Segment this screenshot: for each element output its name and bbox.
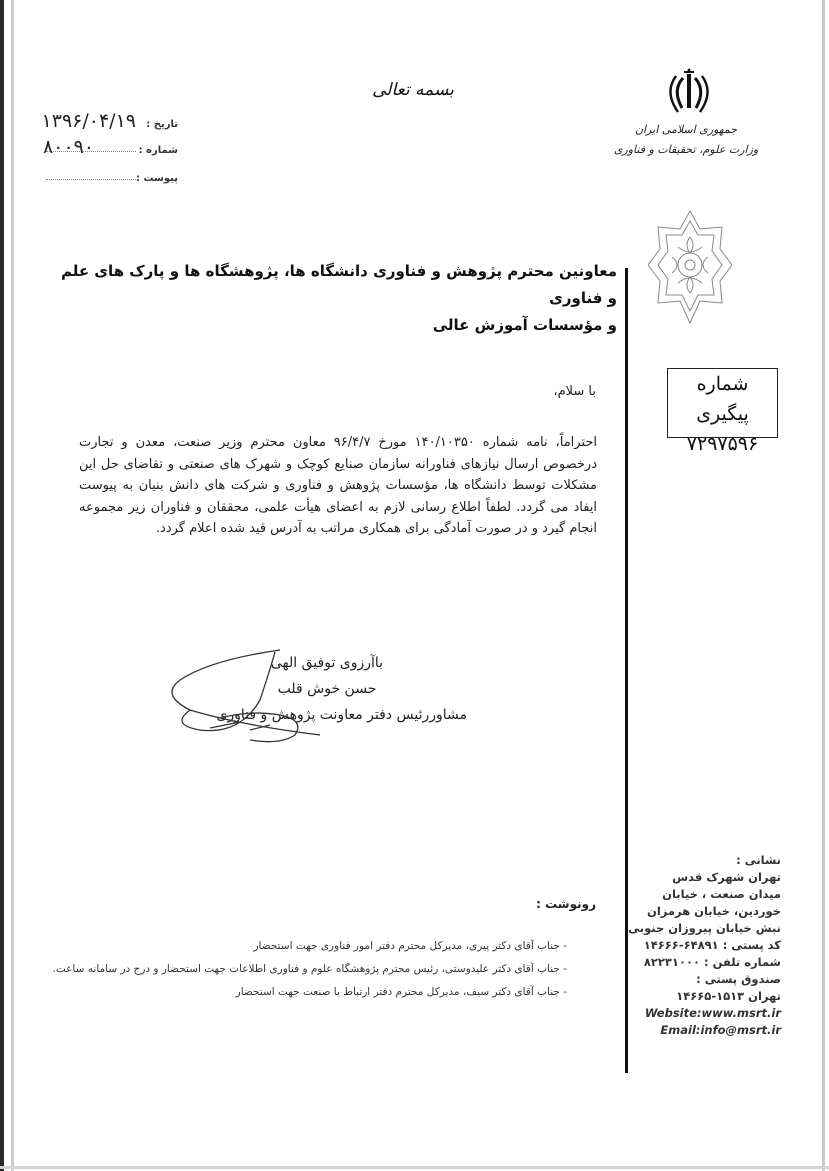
islamic-star-ornament-icon bbox=[648, 207, 732, 327]
number-field: شماره : ۸۰۰۹۰ bbox=[38, 140, 178, 162]
contact-address: نشانی : تهران شهرک قدس میدان صنعت ، خیاب… bbox=[611, 852, 781, 1039]
greeting: با سلام، bbox=[553, 384, 596, 399]
number-value: ۸۰۰۹۰ bbox=[43, 136, 94, 158]
tracking-label: شماره پیگیری bbox=[668, 369, 777, 429]
scan-edge-left bbox=[0, 0, 4, 1171]
email-link[interactable]: Email:info@msrt.ir bbox=[611, 1022, 781, 1039]
scan-edge-left-shadow bbox=[11, 0, 14, 1171]
date-label: تاریخ : bbox=[146, 119, 178, 130]
address-line: تهران شهرک قدس bbox=[611, 869, 781, 886]
bismillah-heading: بسمه تعالی bbox=[368, 80, 458, 100]
po-box-label: صندوق پستی : bbox=[611, 971, 781, 988]
website-link[interactable]: Website:www.msrt.ir bbox=[611, 1005, 781, 1022]
scan-edge-right bbox=[822, 0, 825, 1171]
copy-recipient: - جناب آقای دکتر پیری، مدیرکل محترم دفتر… bbox=[47, 935, 567, 958]
tracking-value: ۷۲۹۷۵۹۶ bbox=[668, 429, 777, 459]
signatory-title: مشاوررئیس دفتر معاونت پژوهش و فناوری bbox=[227, 702, 467, 728]
ministry-name: جمهوری اسلامی ایران وزارت علوم، تحقیقات … bbox=[606, 120, 766, 160]
ministry-line-2: وزارت علوم، تحقیقات و فناوری bbox=[606, 140, 766, 160]
number-label: شماره : bbox=[139, 145, 178, 156]
copies-title: رونوشت : bbox=[536, 897, 596, 911]
signatory-name: حسن خوش قلب bbox=[227, 676, 427, 702]
address-line: نبش خیابان پیروزان جنوبی bbox=[611, 920, 781, 937]
attachment-field: پیوست : bbox=[38, 168, 178, 190]
address-line: میدان صنعت ، خیابان bbox=[611, 886, 781, 903]
address-line: خوردین، خیابان هرمزان bbox=[611, 903, 781, 920]
tracking-number-box: شماره پیگیری ۷۲۹۷۵۹۶ bbox=[667, 368, 778, 438]
attachment-dotted-line bbox=[46, 179, 136, 180]
iran-emblem-icon bbox=[664, 68, 714, 116]
date-field: تاریخ : ۱۳۹۶/۰۴/۱۹ bbox=[38, 114, 178, 136]
closing-wish: باآرزوی توفیق الهی bbox=[227, 650, 427, 676]
copies-list: - جناب آقای دکتر پیری، مدیرکل محترم دفتر… bbox=[47, 935, 567, 1004]
copy-recipient: - جناب آقای دکتر علیدوستی، رئیس محترم پژ… bbox=[47, 958, 567, 981]
scan-edge-bottom bbox=[0, 1166, 829, 1169]
copy-recipient: - جناب آقای دکتر سیف، مدیرکل محترم دفتر … bbox=[47, 981, 567, 1004]
attachment-label: پیوست : bbox=[136, 173, 178, 184]
addressee-line-1: معاونین محترم پژوهش و فناوری دانشگاه ها،… bbox=[57, 258, 617, 312]
postal-code: کد پستی : ۶۴۸۹۱-۱۴۶۶۶ bbox=[611, 937, 781, 954]
ministry-line-1: جمهوری اسلامی ایران bbox=[606, 120, 766, 140]
addressee-line-2: و مؤسسات آموزش عالی bbox=[57, 312, 617, 339]
addressee: معاونین محترم پژوهش و فناوری دانشگاه ها،… bbox=[57, 258, 617, 339]
address-label: نشانی : bbox=[611, 852, 781, 869]
date-value: ۱۳۹۶/۰۴/۱۹ bbox=[42, 110, 136, 132]
po-box: تهران ۱۵۱۳-۱۴۶۶۵ bbox=[611, 988, 781, 1005]
phone-number: شماره تلفن : ۸۲۲۳۱۰۰۰ bbox=[611, 954, 781, 971]
letter-body: احتراماً، نامه شماره ۱۴۰/۱۰۳۵۰ مورخ ۹۶/۴… bbox=[79, 432, 597, 540]
closing-block: باآرزوی توفیق الهی حسن خوش قلب مشاوررئیس… bbox=[227, 650, 427, 728]
